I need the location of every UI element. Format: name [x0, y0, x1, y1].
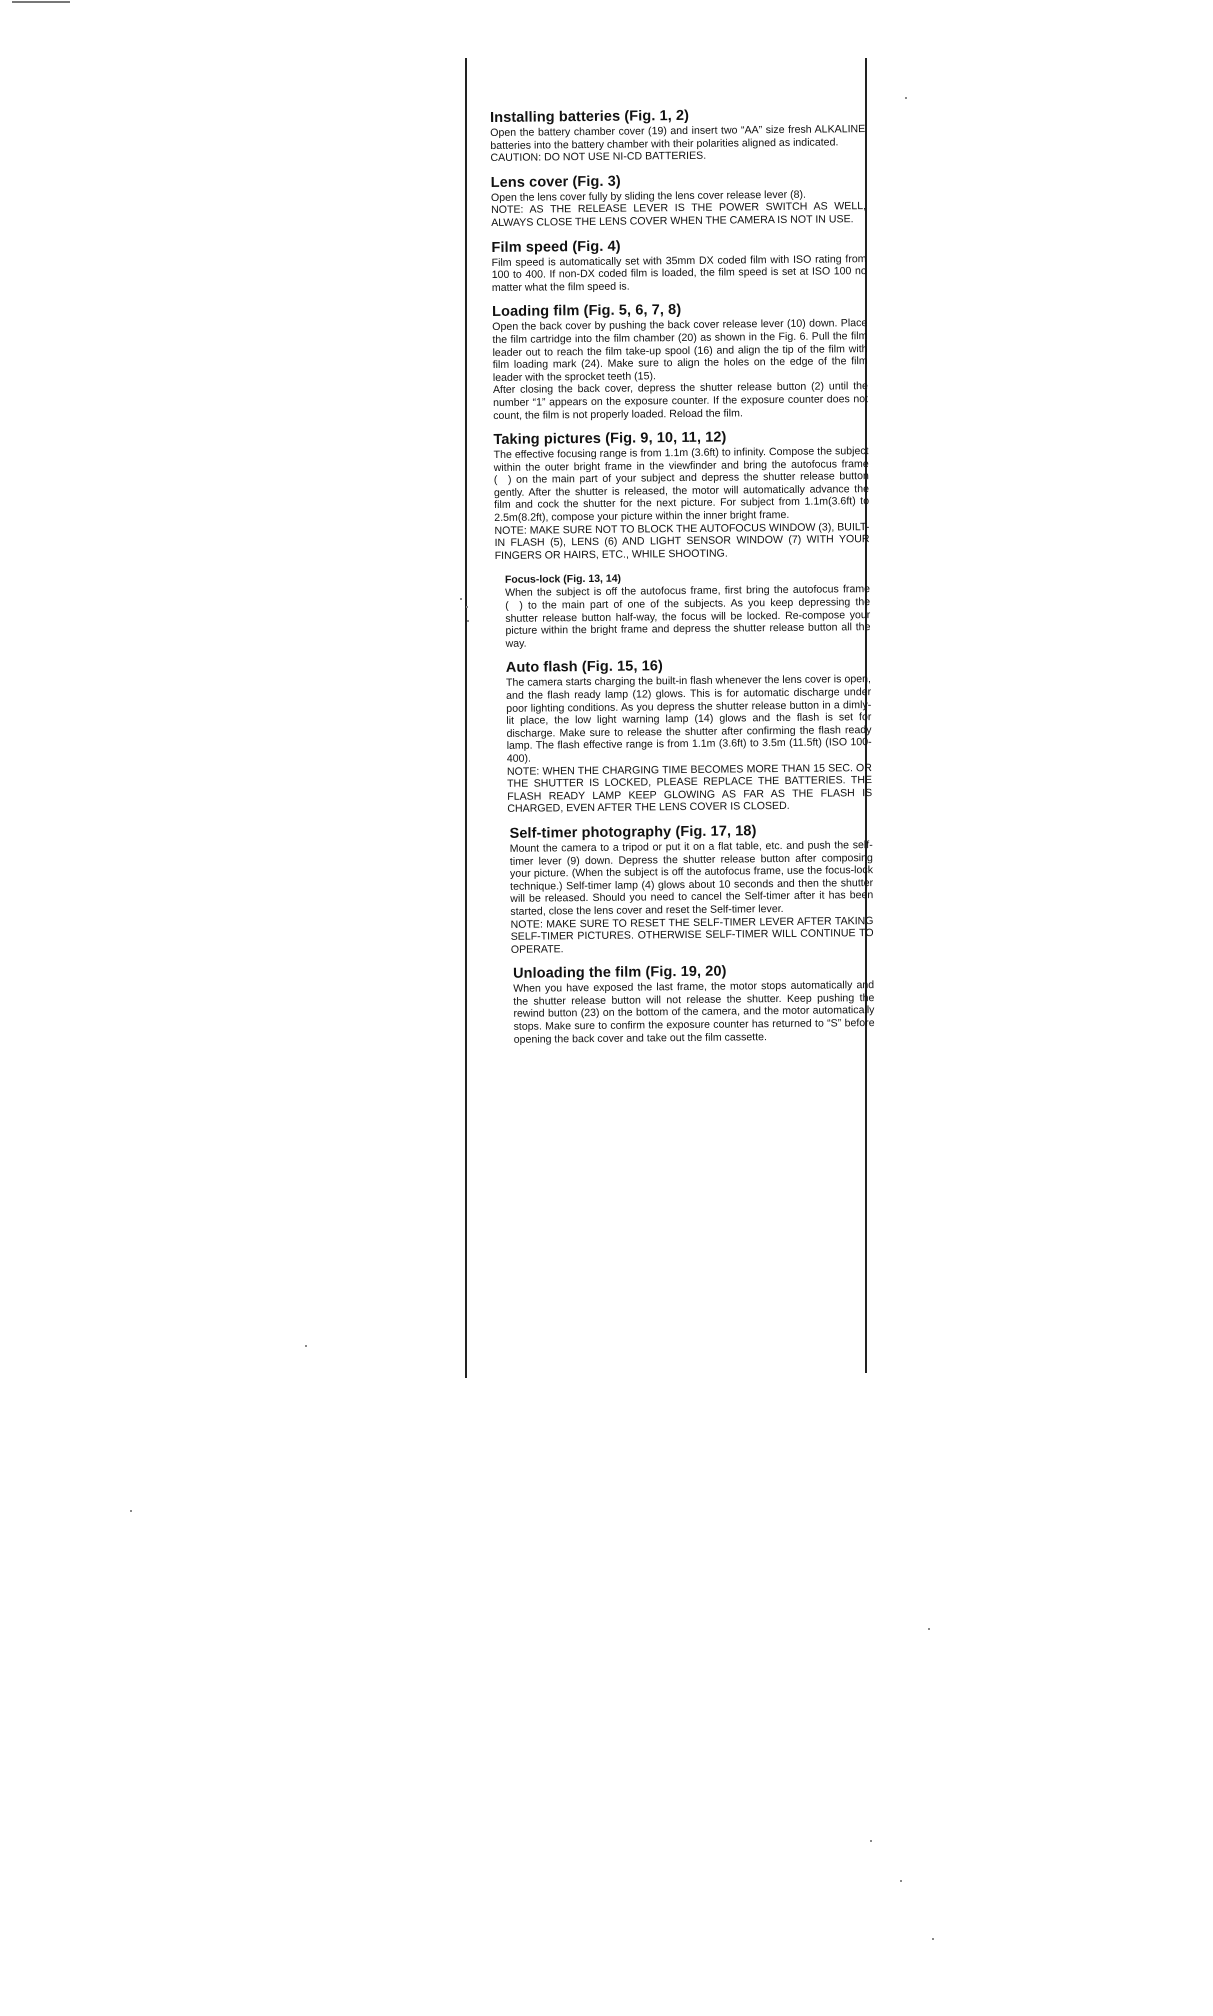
section-taking-pictures: Taking pictures (Fig. 9, 10, 11, 12) The… — [493, 428, 869, 562]
section-unloading-film: Unloading the film (Fig. 19, 20) When yo… — [513, 962, 875, 1046]
section-body: Film speed is automatically set with 35m… — [492, 253, 867, 295]
section-body-continued: After closing the back cover, depress th… — [493, 380, 868, 422]
section-self-timer: Self-timer photography (Fig. 17, 18) Mou… — [509, 822, 873, 956]
scan-speck — [900, 1880, 902, 1882]
section-lens-cover: Lens cover (Fig. 3) Open the lens cover … — [491, 171, 867, 230]
manual-page: Installing batteries (Fig. 1, 2) Open th… — [490, 106, 875, 1056]
scan-speck — [905, 97, 907, 99]
section-caution: CAUTION: DO NOT USE NI-CD BATTERIES. — [490, 148, 865, 165]
section-loading-film: Loading film (Fig. 5, 6, 7, 8) Open the … — [492, 300, 868, 422]
scan-speck — [928, 1628, 930, 1630]
scan-speck — [870, 1840, 872, 1842]
scan-top-rule — [12, 1, 70, 3]
section-auto-flash: Auto flash (Fig. 15, 16) The camera star… — [506, 656, 873, 815]
section-note: NOTE: MAKE SURE TO RESET THE SELF-TIMER … — [510, 915, 873, 957]
section-body: The effective focusing range is from 1.1… — [494, 445, 870, 524]
section-note: NOTE: WHEN THE CHARGING TIME BECOMES MOR… — [507, 762, 873, 816]
scan-speck — [467, 620, 469, 622]
section-note: NOTE: MAKE SURE NOT TO BLOCK THE AUTOFOC… — [494, 521, 869, 563]
section-body: When the subject is off the autofocus fr… — [505, 583, 871, 650]
scan-speck — [305, 1345, 307, 1347]
section-body: Open the back cover by pushing the back … — [492, 317, 868, 384]
scan-speck — [932, 1938, 934, 1940]
section-note: NOTE: AS THE RELEASE LEVER IS THE POWER … — [491, 200, 866, 229]
section-body: The camera starts charging the built-in … — [506, 673, 872, 765]
section-installing-batteries: Installing batteries (Fig. 1, 2) Open th… — [490, 106, 866, 165]
section-body: Open the battery chamber cover (19) and … — [490, 123, 865, 152]
section-body: When you have exposed the last frame, th… — [513, 979, 875, 1046]
section-film-speed: Film speed (Fig. 4) Film speed is automa… — [491, 236, 867, 295]
page-border-left — [465, 58, 467, 1378]
scan-speck — [466, 606, 468, 608]
section-focus-lock: Focus-lock (Fig. 13, 14) When the subjec… — [505, 570, 871, 650]
section-body: Mount the camera to a tripod or put it o… — [510, 839, 874, 918]
scan-speck — [460, 598, 462, 600]
scan-speck — [130, 1510, 132, 1512]
